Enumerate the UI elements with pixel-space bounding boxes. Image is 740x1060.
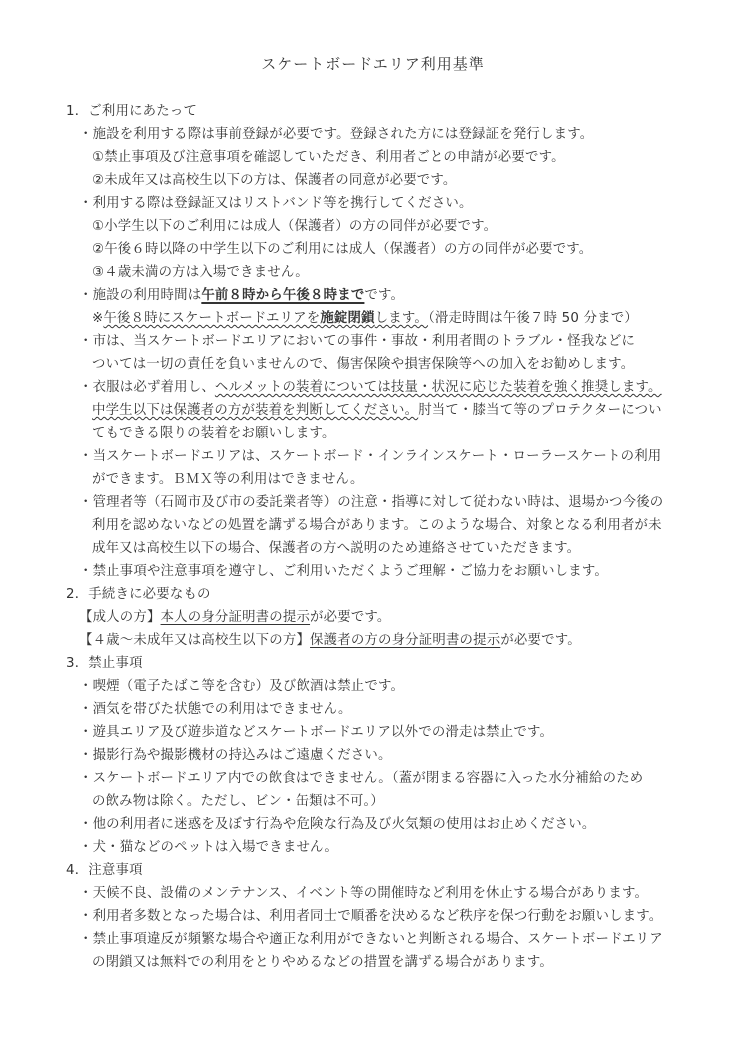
text-segment: ・市は、当スケートボードエリアにおいての事件・事故・利用者間のトラブル・怪我など…: [79, 334, 635, 349]
text-segment: ・当スケートボードエリアは、スケートボード・インラインスケート・ローラースケート…: [79, 449, 661, 464]
text-segment-wavy: 午後８時にスケートボードエリアを: [103, 311, 320, 326]
doc-line: ・利用する際は登録証又はリストバンド等を携行してください。: [66, 192, 680, 215]
doc-line: 利用を認めないなどの処置を講ずる場合があります。このような場合、対象となる利用者…: [66, 514, 680, 537]
text-segment: 【４歳～未成年又は高校生以下の方】: [79, 633, 310, 648]
text-segment: ・スケートボードエリア内での飲食はできません。（蓋が閉まる容器に入った水分補給の…: [79, 771, 643, 786]
doc-line: ・当スケートボードエリアは、スケートボード・インラインスケート・ローラースケート…: [66, 445, 680, 468]
doc-line: ②未成年又は高校生以下の方は、保護者の同意が必要です。: [66, 169, 680, 192]
doc-line: ②午後６時以降の中学生以下のご利用には成人（保護者）の方の同伴が必要です。: [66, 238, 680, 261]
text-segment: ・衣服は必ず着用し、: [79, 380, 215, 395]
doc-line: ・施設の利用時間は午前８時から午後８時までです。: [66, 284, 680, 307]
text-segment: ※: [92, 311, 103, 326]
text-segment-underline: 本人の身分証明書の提示: [161, 610, 311, 625]
doc-line: ・施設を利用する際は事前登録が必要です。登録された方には登録証を発行します。: [66, 123, 680, 146]
text-segment: 成年又は高校生以下の場合、保護者の方へ説明のため連絡させていただきます。: [92, 541, 580, 556]
doc-line: ・犬・猫などのペットは入場できません。: [66, 836, 680, 859]
text-segment-underline: 保護者の方の身分証明書の提示: [310, 633, 500, 648]
doc-line: 【成人の方】本人の身分証明書の提示が必要です。: [66, 606, 680, 629]
doc-line: ・スケートボードエリア内での飲食はできません。（蓋が閉まる容器に入った水分補給の…: [66, 767, 680, 790]
text-segment: ・禁止事項や注意事項を遵守し、ご利用いただくようご理解・ご協力をお願いします。: [79, 564, 608, 579]
doc-line: ・撮影行為や撮影機材の持込みはご遠慮ください。: [66, 744, 680, 767]
doc-line: 中学生以下は保護者の方が装着を判断してください。肘当て・膝当て等のプロテクターに…: [66, 399, 680, 422]
text-segment: ②未成年又は高校生以下の方は、保護者の同意が必要です。: [92, 173, 457, 188]
doc-line: ③４歳未満の方は入場できません。: [66, 261, 680, 284]
doc-line: ・市は、当スケートボードエリアにおいての事件・事故・利用者間のトラブル・怪我など…: [66, 330, 680, 353]
text-segment-wavy-bold: 施錠閉鎖: [320, 311, 374, 326]
text-segment: ・撮影行為や撮影機材の持込みはご遠慮ください。: [79, 748, 392, 763]
text-segment: ・犬・猫などのペットは入場できません。: [79, 840, 338, 855]
doc-line: ・管理者等（石岡市及び市の委託業者等）の注意・指導に対して従わない時は、退場かつ…: [66, 491, 680, 514]
text-segment: ・禁止事項違反が頻繁な場合や適正な利用ができないと判断される場合、スケートボード…: [79, 932, 663, 947]
text-segment-wavy: 中学生以下は保護者の方が装着を判断してください。: [92, 403, 418, 418]
text-segment: が必要です。: [310, 610, 390, 625]
doc-line: の閉鎖又は無料での利用をとりやめるなどの措置を講ずる場合があります。: [66, 951, 680, 974]
text-segment: 【成人の方】: [79, 610, 161, 625]
text-segment: （滑走時間は午後７時 50 分まで）: [428, 311, 638, 326]
document-title: スケートボードエリア利用基準: [66, 52, 680, 76]
doc-line: ①禁止事項及び注意事項を確認していただき、利用者ごとの申請が必要です。: [66, 146, 680, 169]
section-heading: 3．禁止事項: [66, 652, 680, 675]
doc-line: ・禁止事項や注意事項を遵守し、ご利用いただくようご理解・ご協力をお願いします。: [66, 560, 680, 583]
text-segment: ・喫煙（電子たばこ等を含む）及び飲酒は禁止です。: [79, 679, 404, 694]
doc-line: ・遊具エリア及び遊歩道などスケートボードエリア以外での滑走は禁止です。: [66, 721, 680, 744]
text-segment: ・他の利用者に迷惑を及ぼす行為や危険な行為及び火気類の使用はお止めください。: [79, 817, 595, 832]
document-sections: 1．ご利用にあたって・施設を利用する際は事前登録が必要です。登録された方には登録…: [66, 100, 680, 974]
text-segment: ・管理者等（石岡市及び市の委託業者等）の注意・指導に対して従わない時は、退場かつ…: [79, 495, 663, 510]
text-segment: ができます。ＢＭＸ等の利用はできません。: [92, 472, 364, 487]
text-segment: ・施設を利用する際は事前登録が必要です。登録された方には登録証を発行します。: [79, 127, 593, 142]
text-segment: の閉鎖又は無料での利用をとりやめるなどの措置を講ずる場合があります。: [92, 955, 553, 970]
section-heading: 4．注意事項: [66, 859, 680, 882]
doc-line: ※午後８時にスケートボードエリアを施錠閉鎖します。（滑走時間は午後７時 50 分…: [66, 307, 680, 330]
doc-line: ・酒気を帯びた状態での利用はできません。: [66, 698, 680, 721]
text-segment: ②午後６時以降の中学生以下のご利用には成人（保護者）の方の同伴が必要です。: [92, 242, 592, 257]
text-segment-wavy: ヘルメットの装着については技量・状況に応じた装着を強く推奨します。: [215, 380, 662, 395]
doc-line: の飲み物は除く。ただし、ビン・缶類は不可。）: [66, 790, 680, 813]
doc-line: ・喫煙（電子たばこ等を含む）及び飲酒は禁止です。: [66, 675, 680, 698]
text-segment: ・利用する際は登録証又はリストバンド等を携行してください。: [79, 196, 473, 211]
doc-line: ついては一切の責任を負いませんので、傷害保険や損害保険等への加入をお勧めします。: [66, 353, 680, 376]
section-heading: 1．ご利用にあたって: [66, 100, 680, 123]
text-segment: てもできる限りの装着をお願いします。: [92, 426, 336, 441]
doc-line: 成年又は高校生以下の場合、保護者の方へ説明のため連絡させていただきます。: [66, 537, 680, 560]
text-segment: ・天候不良、設備のメンテナンス、イベント等の開催時など利用を休止する場合がありま…: [79, 886, 648, 901]
text-segment-bold-underline: 午前８時から午後８時まで: [201, 288, 364, 303]
doc-line: ・禁止事項違反が頻繁な場合や適正な利用ができないと判断される場合、スケートボード…: [66, 928, 680, 951]
doc-line: ・他の利用者に迷惑を及ぼす行為や危険な行為及び火気類の使用はお止めください。: [66, 813, 680, 836]
doc-line: ・衣服は必ず着用し、ヘルメットの装着については技量・状況に応じた装着を強く推奨し…: [66, 376, 680, 399]
text-segment: ・酒気を帯びた状態での利用はできません。: [79, 702, 352, 717]
text-segment: の飲み物は除く。ただし、ビン・缶類は不可。）: [92, 794, 384, 809]
document-page: スケートボードエリア利用基準 1．ご利用にあたって・施設を利用する際は事前登録が…: [0, 0, 740, 1060]
text-segment: ついては一切の責任を負いませんので、傷害保険や損害保険等への加入をお勧めします。: [92, 357, 634, 372]
doc-line: ・天候不良、設備のメンテナンス、イベント等の開催時など利用を休止する場合がありま…: [66, 882, 680, 905]
doc-line: ①小学生以下のご利用には成人（保護者）の方の同伴が必要です。: [66, 215, 680, 238]
text-segment: が必要です。: [500, 633, 580, 648]
text-segment: ③４歳未満の方は入場できません。: [92, 265, 309, 280]
doc-line: ができます。ＢＭＸ等の利用はできません。: [66, 468, 680, 491]
text-segment: 利用を認めないなどの処置を講ずる場合があります。このような場合、対象となる利用者…: [92, 518, 662, 533]
document-body: スケートボードエリア利用基準 1．ご利用にあたって・施設を利用する際は事前登録が…: [0, 0, 740, 974]
text-segment: ・遊具エリア及び遊歩道などスケートボードエリア以外での滑走は禁止です。: [79, 725, 553, 740]
doc-line: てもできる限りの装着をお願いします。: [66, 422, 680, 445]
text-segment: ①禁止事項及び注意事項を確認していただき、利用者ごとの申請が必要です。: [92, 150, 565, 165]
text-segment: ①小学生以下のご利用には成人（保護者）の方の同伴が必要です。: [92, 219, 497, 234]
text-segment: ・施設の利用時間は: [79, 288, 201, 303]
text-segment: です。: [364, 288, 404, 303]
doc-line: 【４歳～未成年又は高校生以下の方】保護者の方の身分証明書の提示が必要です。: [66, 629, 680, 652]
text-segment: ・利用者多数となった場合は、利用者同士で順番を決めるなど秩序を保つ行動をお願いし…: [79, 909, 662, 924]
doc-line: ・利用者多数となった場合は、利用者同士で順番を決めるなど秩序を保つ行動をお願いし…: [66, 905, 680, 928]
section-heading: 2．手続きに必要なもの: [66, 583, 680, 606]
text-segment-wavy: します。: [375, 311, 428, 326]
text-segment: 肘当て・膝当て等のプロテクターについ: [418, 403, 662, 418]
